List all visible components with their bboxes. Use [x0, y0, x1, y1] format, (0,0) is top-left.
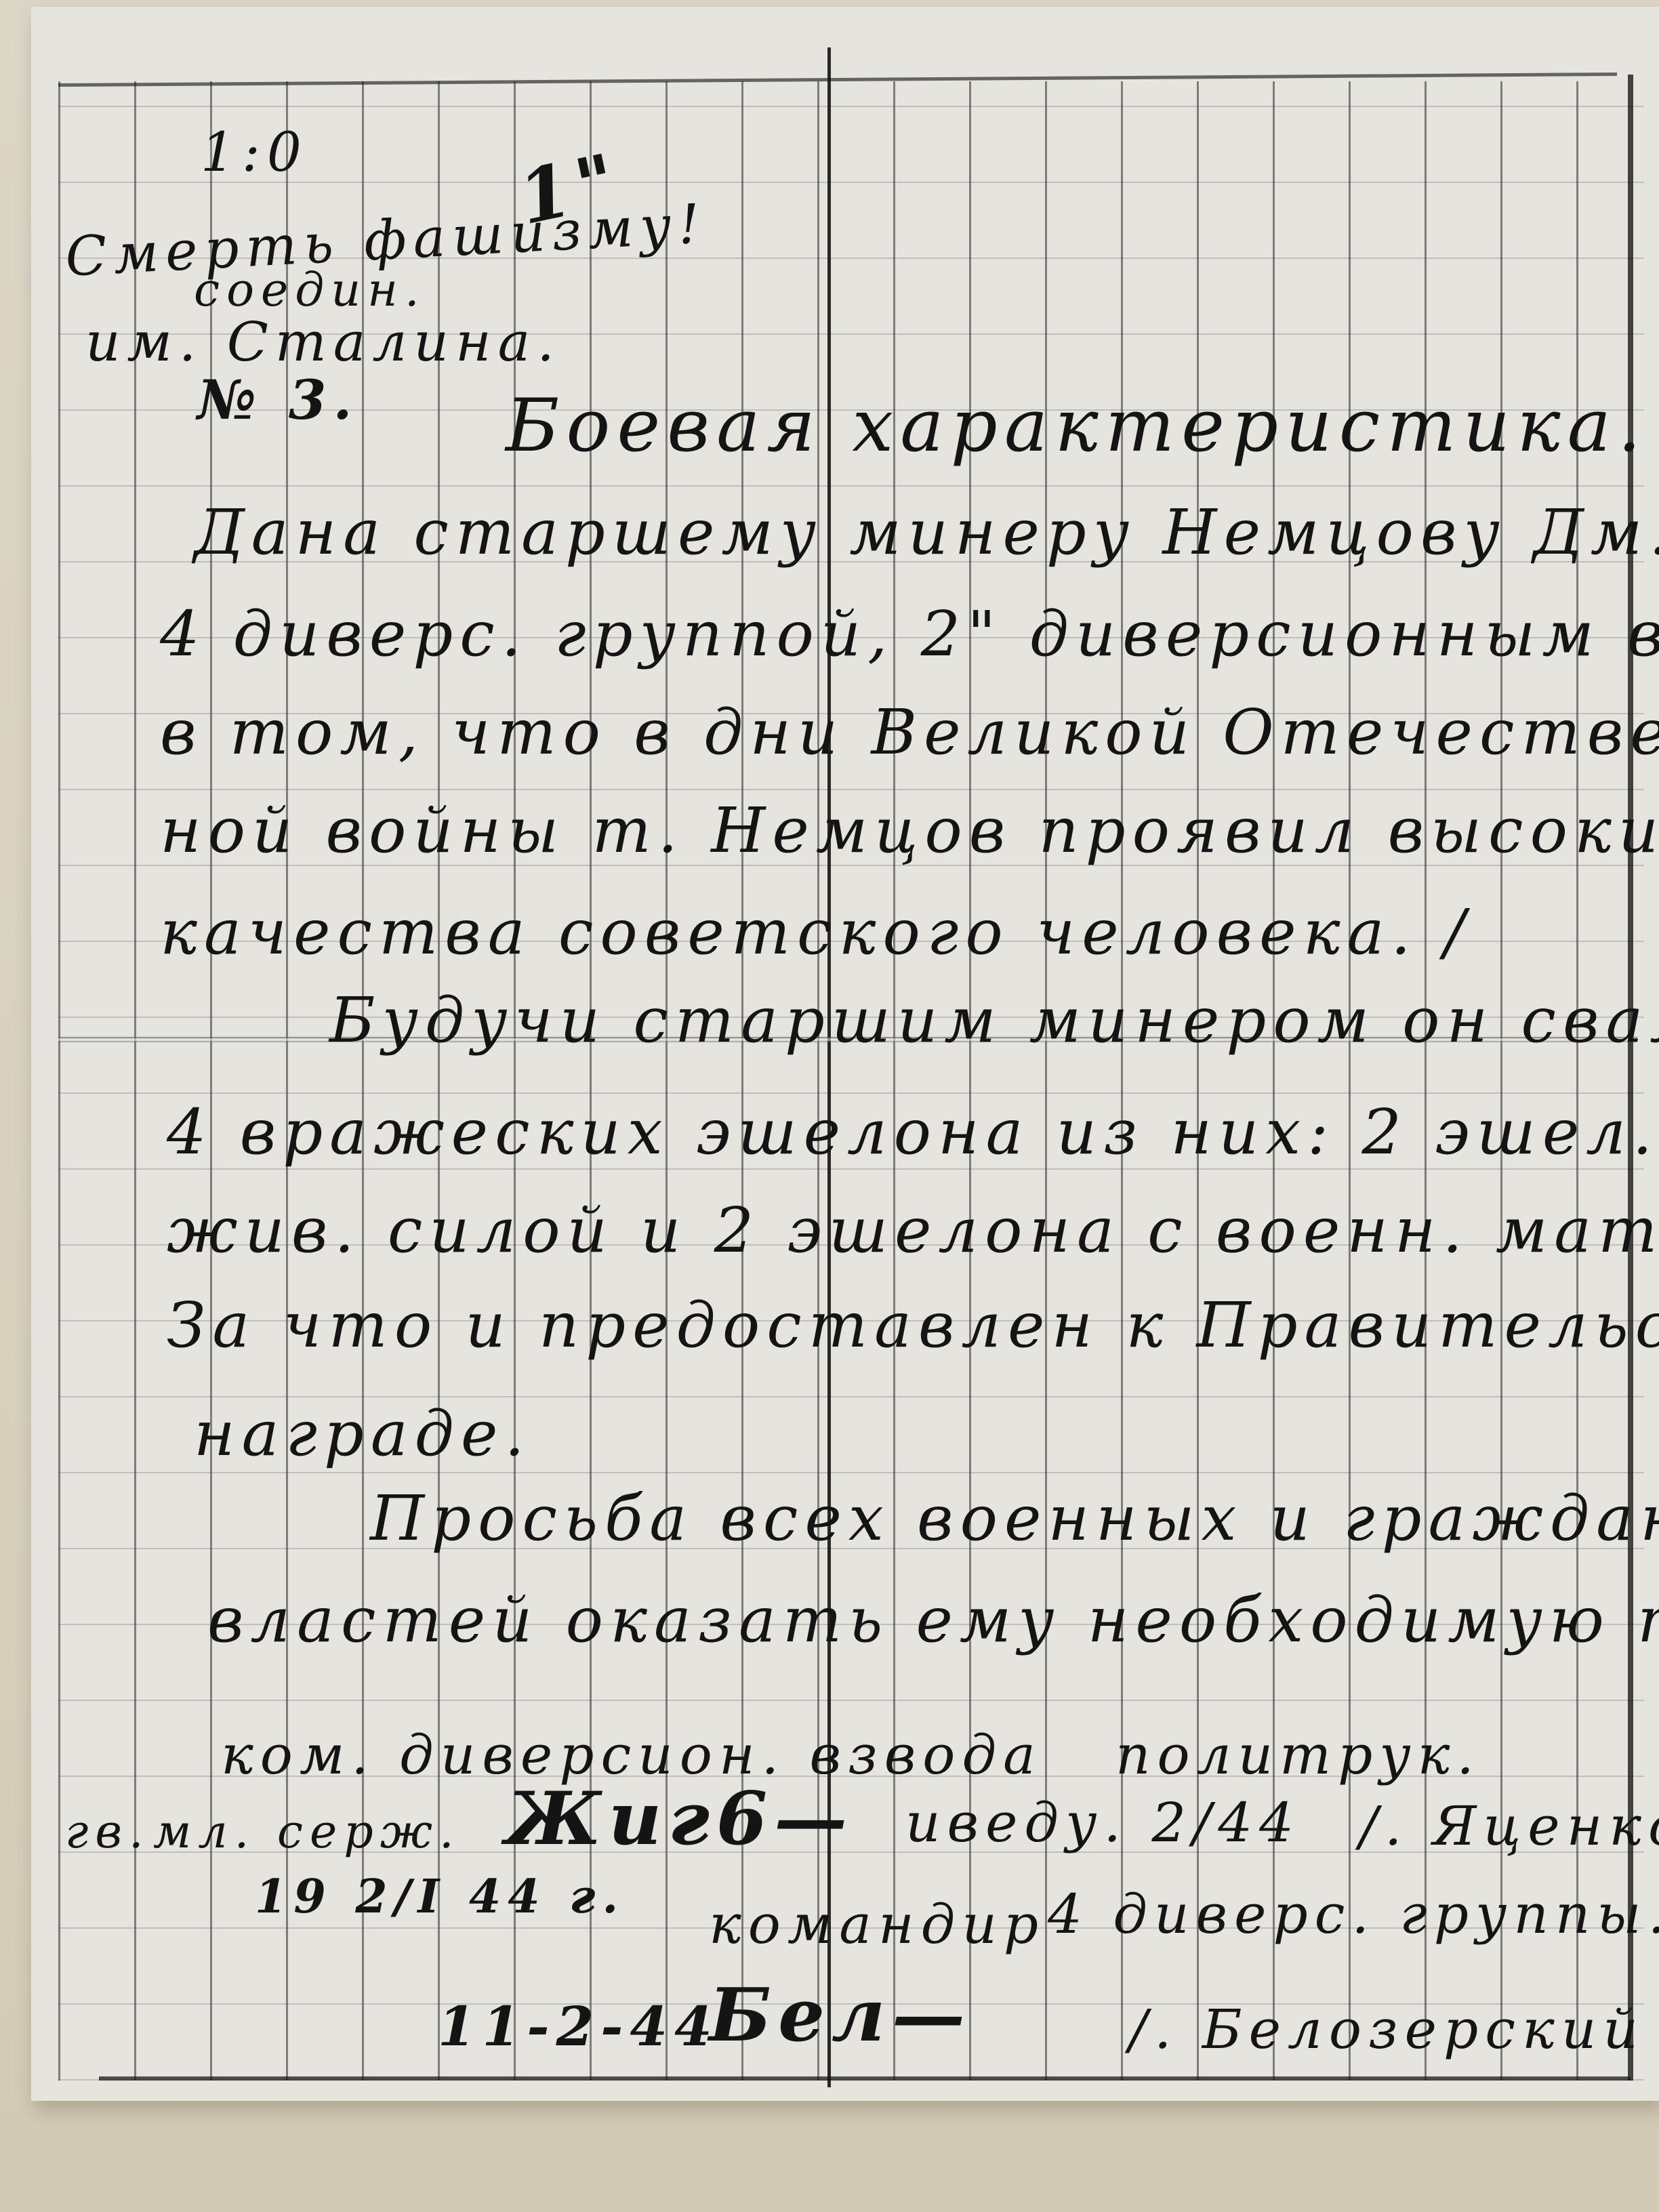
commander-unit: 4 диверс. группы.	[1048, 1887, 1659, 1942]
commander-name: /. Белозерский	[1129, 2003, 1645, 2057]
header-unit-line2: им. Сталина.	[85, 315, 561, 369]
commander-signature: Бел—	[709, 1979, 972, 2052]
body-line-11: Просьба всех военных и граждан.	[370, 1488, 1659, 1550]
body-line-5: качества советского человека. /	[160, 901, 1472, 964]
left-signature-extra: иведу. 2/44	[905, 1796, 1300, 1850]
left-rank: мл. серж.	[153, 1809, 461, 1856]
header-unit-line1: соедин.	[194, 268, 426, 314]
right-signer-title: политрук.	[1115, 1728, 1481, 1782]
commander-date: 11-2-44	[438, 1999, 719, 2053]
body-line-6: Будучи старшим минером он свалил	[329, 989, 1659, 1052]
body-line-12: властей оказать ему необходимую помощь.	[207, 1589, 1659, 1652]
left-rank-prefix: гв.	[65, 1809, 150, 1856]
document-page: 1:0 1" Смерть фашизму! соедин. им. Стали…	[31, 7, 1659, 2101]
left-signature: Жиг6—	[506, 1782, 854, 1856]
document-title: Боевая характеристика.	[506, 390, 1647, 463]
body-line-7: 4 вражеских эшелона из них: 2 эшел.	[167, 1101, 1659, 1164]
body-line-8: жив. силой и 2 эшелона с военн. матер.	[167, 1200, 1659, 1262]
commander-label: командир	[709, 1898, 1045, 1952]
body-line-9: За что и предоставлен к Правительст.	[167, 1294, 1659, 1357]
corner-mark: 1:0	[201, 125, 308, 180]
body-line-1: Дана старшему минеру Немцову Дм. Ал.	[194, 501, 1659, 564]
body-line-4: ной войны т. Немцов проявил высокие	[160, 800, 1659, 862]
body-line-2: 4 диверс. группой, 2" диверсионным взвод…	[160, 603, 1659, 665]
left-date: 19 2/I 44 г.	[255, 1874, 625, 1920]
page-border-right	[1628, 75, 1633, 2081]
body-line-3: в том, что в дни Великой Отечествен-	[160, 701, 1659, 764]
left-signer-title: ком. диверсион. взвода	[221, 1728, 1042, 1782]
header-unit-number: № 3.	[197, 373, 359, 427]
body-line-10: награде.	[194, 1403, 531, 1465]
right-signer-name: /. Яценко/	[1359, 1799, 1659, 1853]
page-border-bottom	[99, 2076, 1631, 2081]
